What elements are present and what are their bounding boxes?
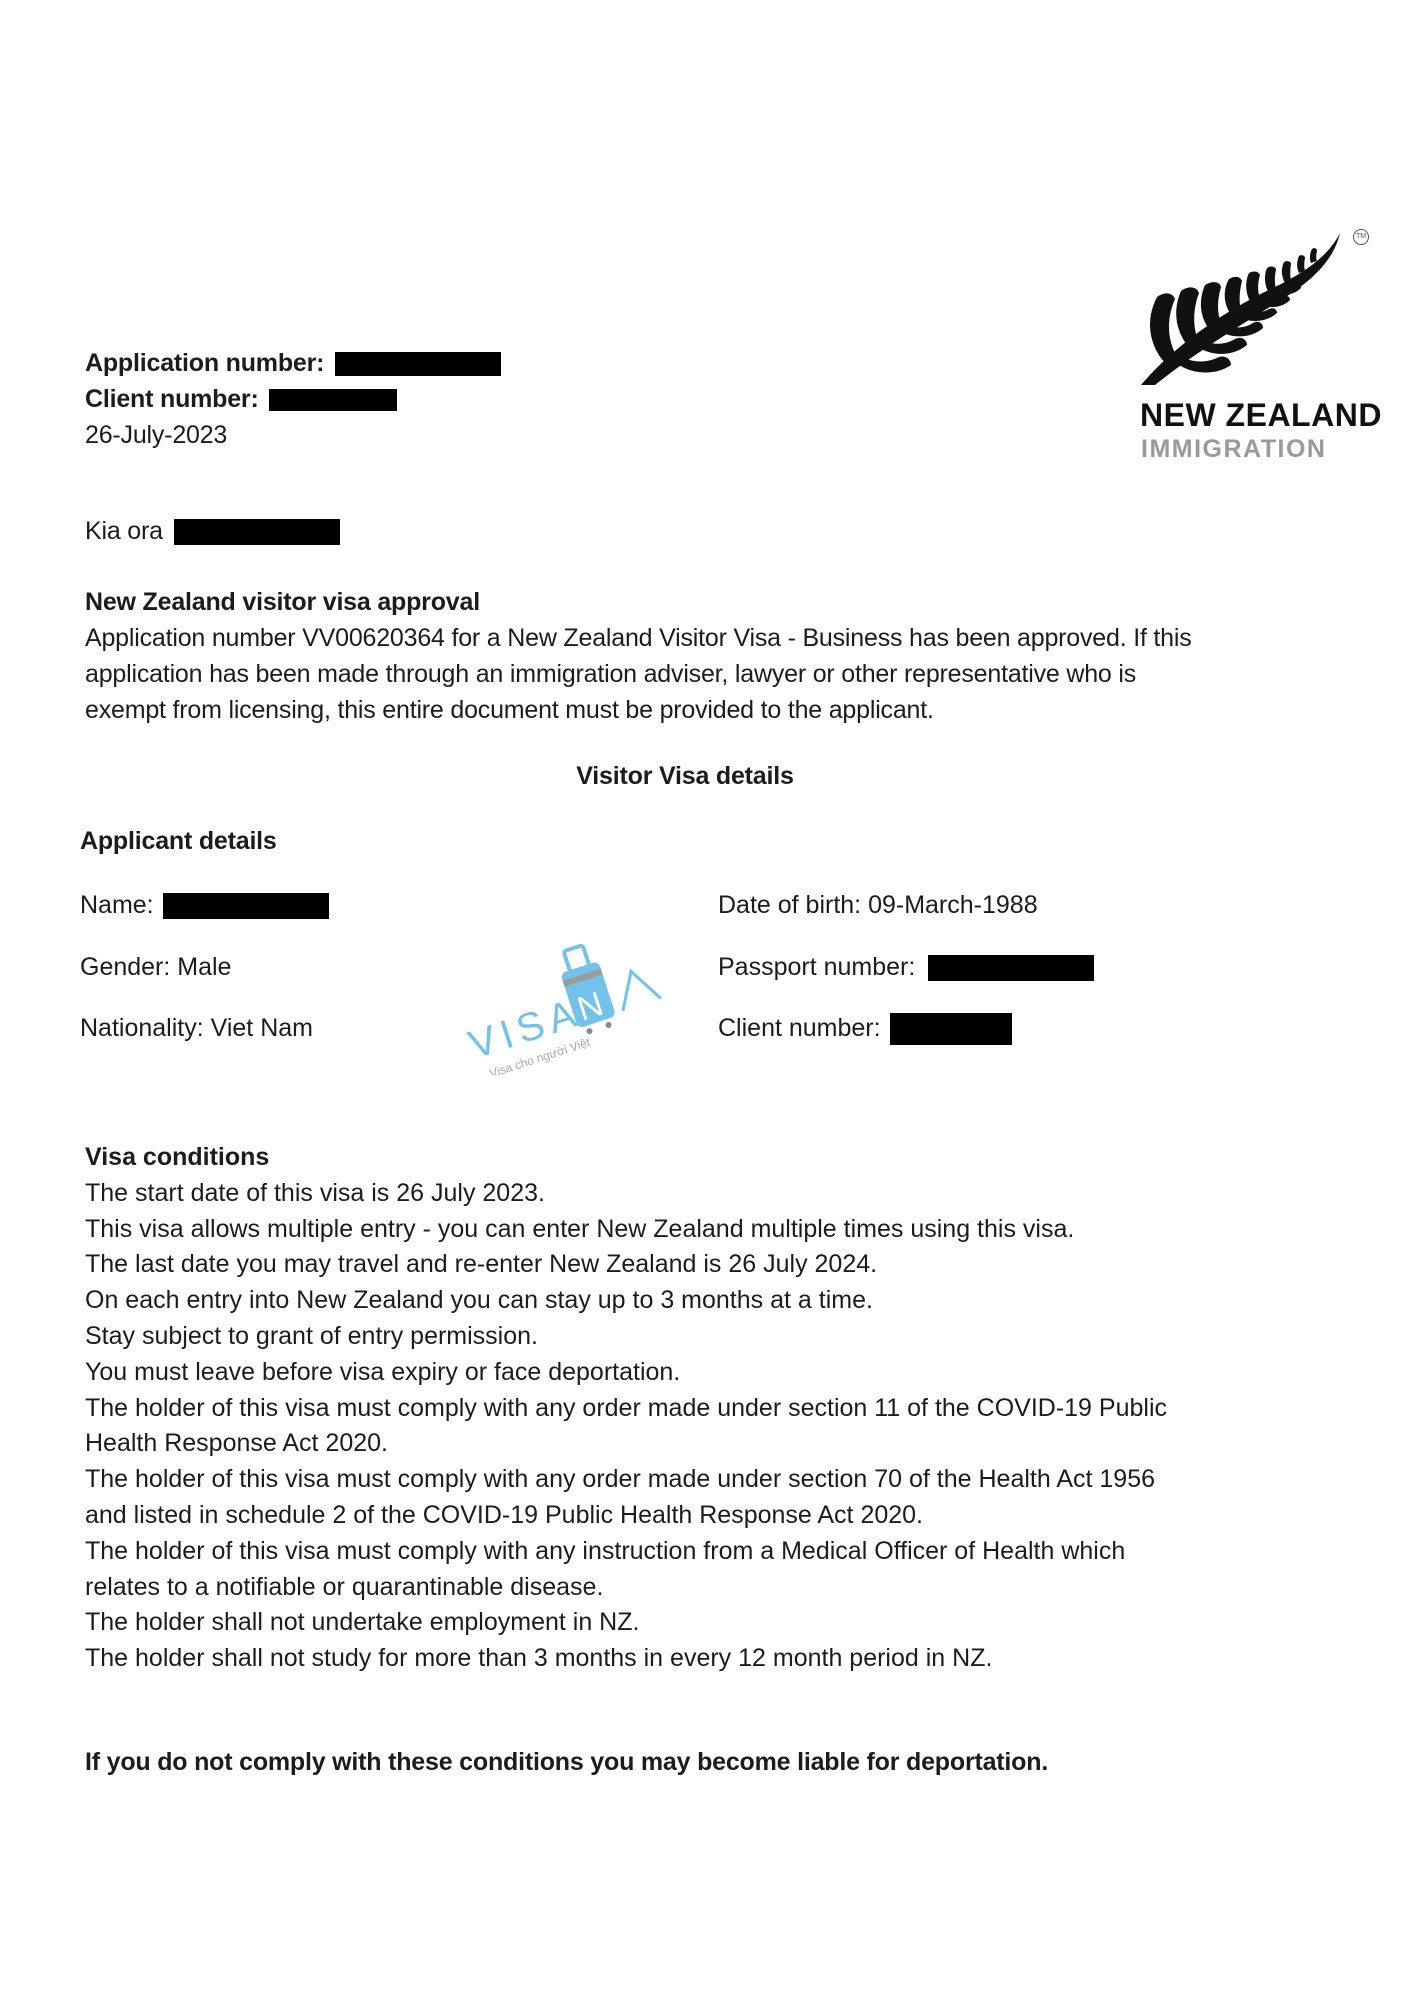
condition-line: This visa allows multiple entry - you ca… [85, 1212, 1167, 1248]
suitcase-icon: VISA N Visa cho người Việt [450, 935, 670, 1075]
redacted-applicant-name [163, 893, 329, 919]
condition-line: You must leave before visa expiry or fac… [85, 1355, 1167, 1391]
condition-line: The start date of this visa is 26 July 2… [85, 1176, 1167, 1212]
approval-section: New Zealand visitor visa approval Applic… [85, 584, 1192, 728]
nationality-field: Nationality: Viet Nam [80, 1010, 313, 1046]
document-header: Application number: Client number: 26-Ju… [85, 345, 501, 453]
condition-line: On each entry into New Zealand you can s… [85, 1283, 1167, 1319]
visa-conditions-section: Visa conditions The start date of this v… [85, 1140, 1167, 1677]
condition-line: and listed in schedule 2 of the COVID-19… [85, 1498, 1167, 1534]
condition-line: Stay subject to grant of entry permissio… [85, 1319, 1167, 1355]
greeting-text: Kia ora [85, 517, 163, 545]
trademark-symbol: TM [1353, 229, 1369, 245]
name-label: Name: [80, 891, 154, 919]
redacted-application-number [335, 352, 501, 376]
redacted-client-number-2 [890, 1013, 1012, 1045]
application-number-label: Application number: [85, 349, 324, 377]
visa-conditions-title: Visa conditions [85, 1140, 1167, 1176]
redacted-client-number [269, 389, 397, 411]
redacted-recipient-name [174, 519, 340, 545]
greeting: Kia ora [85, 513, 340, 549]
deportation-warning: If you do not comply with these conditio… [85, 1744, 1048, 1780]
logo-line1: NEW ZEALAND [1140, 397, 1382, 434]
condition-line: The holder shall not undertake employmen… [85, 1605, 1167, 1641]
approval-title: New Zealand visitor visa approval [85, 584, 1192, 620]
date-of-birth-field: Date of birth: 09-March-1988 [718, 887, 1038, 923]
gender-field: Gender: Male [80, 949, 231, 985]
condition-line: The holder of this visa must comply with… [85, 1534, 1167, 1570]
condition-line: The holder shall not study for more than… [85, 1641, 1167, 1677]
redacted-passport-number [928, 955, 1094, 981]
approval-line: exempt from licensing, this entire docum… [85, 692, 1192, 728]
condition-line: The holder of this visa must comply with… [85, 1462, 1167, 1498]
applicant-details-title: Applicant details [80, 823, 277, 859]
condition-line: Health Response Act 2020. [85, 1426, 1167, 1462]
application-number-row: Application number: [85, 345, 501, 381]
condition-line: The holder of this visa must comply with… [85, 1391, 1167, 1427]
visana-watermark: VISA N Visa cho người Việt [450, 935, 670, 1075]
silver-fern-icon [1135, 225, 1350, 395]
approval-line: application has been made through an imm… [85, 656, 1192, 692]
condition-line: relates to a notifiable or quarantinable… [85, 1570, 1167, 1606]
condition-line: The last date you may travel and re-ente… [85, 1247, 1167, 1283]
client-number-row: Client number: [85, 381, 501, 417]
client-number-label: Client number: [85, 385, 259, 413]
passport-number-field: Passport number: [718, 949, 1094, 985]
passport-label: Passport number: [718, 953, 915, 981]
client-number-field: Client number: [718, 1010, 1012, 1046]
visa-details-title: Visitor Visa details [0, 758, 1370, 794]
document-date: 26-July-2023 [85, 417, 501, 453]
applicant-name-field: Name: [80, 887, 329, 923]
nz-immigration-logo: TM NEW ZEALAND IMMIGRATION [1135, 225, 1395, 475]
approval-line: Application number VV00620364 for a New … [85, 620, 1192, 656]
client-label: Client number: [718, 1014, 881, 1042]
logo-line2: IMMIGRATION [1141, 435, 1326, 464]
